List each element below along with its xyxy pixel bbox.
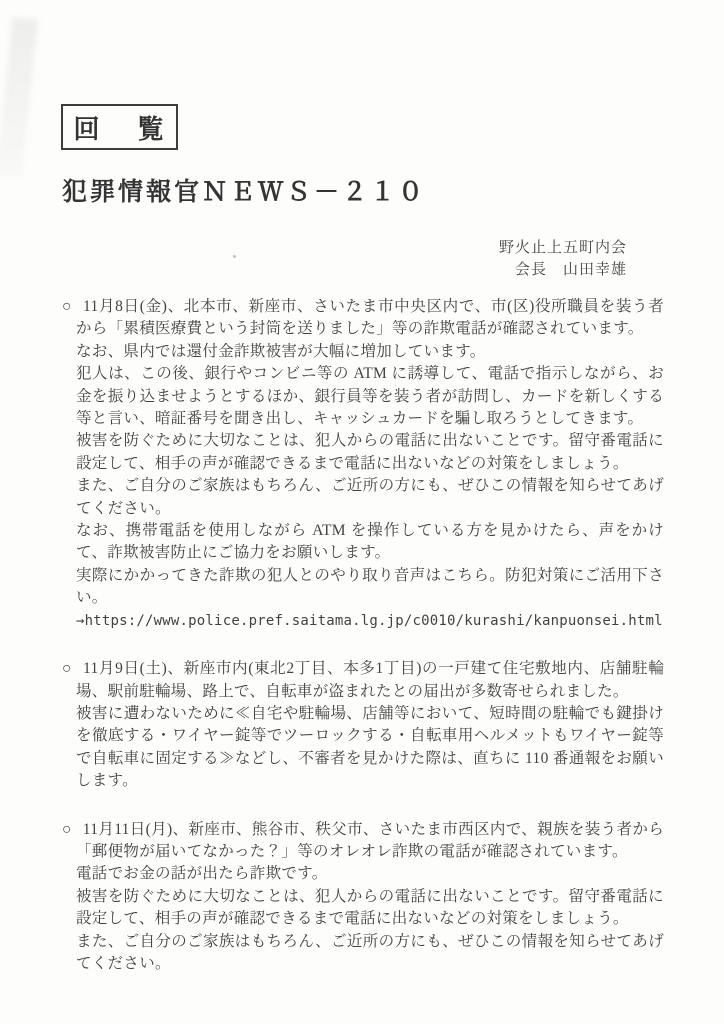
bulletin-paragraph: また、ご自分のご家族はもちろん、ご近所の方にも、ぜひこの情報を知らせてあげてくだ… [62, 931, 664, 976]
bulletin-item: ○11月9日(土)、新座市内(東北2丁目、本多1丁目)の一戸建て住宅敷地内、店舗… [62, 658, 664, 792]
bulletin-lead-paragraph: ○11月8日(金)、北本市、新座市、さいたま市中央区内で、市(区)役所職員を装う… [62, 296, 664, 341]
bulletin-lead-text: 11月9日(土)、新座市内(東北2丁目、本多1丁目)の一戸建て住宅敷地内、店舗駐… [76, 660, 664, 699]
bulletin-lead-paragraph: ○11月9日(土)、新座市内(東北2丁目、本多1丁目)の一戸建て住宅敷地内、店舗… [62, 658, 664, 703]
scan-artifact [233, 255, 236, 258]
circulation-stamp: 回 覧 [61, 104, 178, 150]
sender-block: 野火止上五町内会 会長 山田幸雄 [499, 237, 627, 281]
bullet-circle-icon: ○ [62, 660, 83, 677]
bulletin-item: ○11月8日(金)、北本市、新座市、さいたま市中央区内で、市(区)役所職員を装う… [62, 296, 664, 632]
bulletin-paragraph: なお、県内では還付金詐欺被害が大幅に増加しています。 [62, 341, 664, 363]
bulletin-list: ○11月8日(金)、北本市、新座市、さいたま市中央区内で、市(区)役所職員を装う… [62, 296, 664, 1001]
sender-chairman: 会長 山田幸雄 [499, 259, 627, 281]
bulletin-paragraph: 被害に遭わないために≪自宅や駐輪場、店舗等において、短時間の駐輪でも鍵掛けを徹底… [62, 703, 664, 793]
bulletin-lead-paragraph: ○11月11日(月)、新座市、熊谷市、秩父市、さいたま市西区内で、親族を装う者か… [62, 819, 664, 864]
bulletin-paragraph: また、ご自分のご家族はもちろん、ご近所の方にも、ぜひこの情報を知らせてあげてくだ… [62, 475, 664, 520]
document-page: 回 覧 犯罪情報官ＮＥＷＳ－２１０ 野火止上五町内会 会長 山田幸雄 ○11月8… [0, 0, 724, 1024]
url-line: →https://www.police.pref.saitama.lg.jp/c… [62, 610, 664, 632]
bulletin-paragraph: 電話でお金の話が出たら詐欺です。 [62, 863, 664, 885]
bullet-circle-icon: ○ [62, 821, 83, 838]
sender-association: 野火止上五町内会 [499, 237, 627, 259]
bulletin-lead-text: 11月11日(月)、新座市、熊谷市、秩父市、さいたま市西区内で、親族を装う者から… [76, 821, 664, 860]
circulation-stamp-label: 回 覧 [73, 109, 169, 146]
bulletin-item: ○11月11日(月)、新座市、熊谷市、秩父市、さいたま市西区内で、親族を装う者か… [62, 819, 664, 976]
bullet-circle-icon: ○ [62, 298, 83, 315]
bulletin-paragraph: 犯人は、この後、銀行やコンビニ等の ATM に誘導して、電話で指示しながら、お金… [62, 363, 664, 430]
bulletin-lead-text: 11月8日(金)、北本市、新座市、さいたま市中央区内で、市(区)役所職員を装う者… [76, 298, 664, 337]
bulletin-paragraph: 被害を防ぐために大切なことは、犯人からの電話に出ないことです。留守番電話に設定し… [62, 430, 664, 475]
scan-artifact [0, 17, 38, 179]
page-title: 犯罪情報官ＮＥＷＳ－２１０ [62, 172, 426, 208]
bulletin-paragraph: なお、携帯電話を使用しながら ATM を操作している方を見かけたら、声をかけて、… [62, 520, 664, 565]
bulletin-paragraph: 被害を防ぐために大切なことは、犯人からの電話に出ないことです。留守番電話に設定し… [62, 886, 664, 931]
bulletin-paragraph: 実際にかかってきた詐欺の犯人とのやり取り音声はこちら。防犯対策にご活用下さい。 [62, 565, 664, 610]
